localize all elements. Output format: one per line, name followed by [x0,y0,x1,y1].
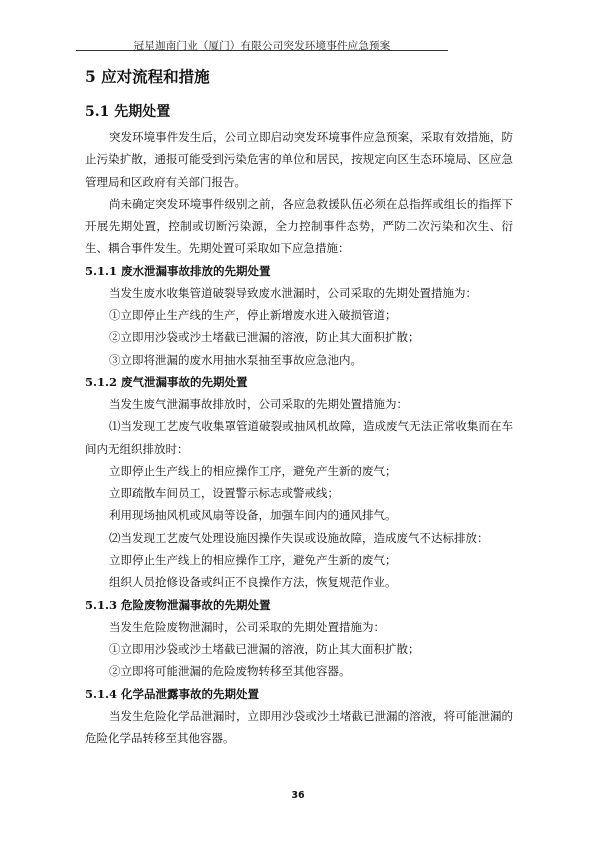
paragraph: 当发生危险化学品泄漏时，立即用沙袋或沙土堵截已泄漏的溶液，将可能泄漏的危险化学品… [85,705,513,750]
case-paragraph: ⑵当发现工艺废气处理设施因操作失误或设施故障，造成废气不达标排放： [85,527,513,549]
paragraph: 当发生废水收集管道破裂导致废水泄漏时，公司采取的先期处置措施为： [85,282,513,304]
page-content: 5 应对流程和措施 5.1 先期处置 突发环境事件发生后，公司立即启动突发环境事… [85,62,513,749]
list-item: 立即停止生产线上的相应操作工序，避免产生新的废气； [85,549,513,571]
list-item: 利用现场抽风机或风扇等设备，加强车间内的通风排气。 [85,504,513,526]
subsection-title-5-1-2: 5.1.2 废气泄漏事故的先期处置 [85,371,513,393]
list-item: 立即疏散车间员工，设置警示标志或警戒线； [85,482,513,504]
section-title-5-1: 5.1 先期处置 [85,98,513,126]
case-paragraph: ⑴当发现工艺废气收集罩管道破裂或抽风机故障，造成废气无法正常收集而在车间内无组织… [85,415,513,460]
chapter-title: 5 应对流程和措施 [85,62,513,92]
list-item: ②立即将可能泄漏的危险废物转移至其他容器。 [85,660,513,682]
paragraph: 尚未确定突发环境事件级别之前，各应急救援队伍必须在总指挥或组长的指挥下开展先期处… [85,193,513,260]
list-item: ②立即用沙袋或沙土堵截已泄漏的溶液，防止其大面积扩散； [85,326,513,348]
paragraph: 突发环境事件发生后，公司立即启动突发环境事件应急预案，采取有效措施，防止污染扩散… [85,126,513,193]
paragraph: 当发生废气泄漏事故排放时，公司采取的先期处置措施为： [85,393,513,415]
list-item: ①立即停止生产线的生产，停止新增废水进入破损管道； [85,304,513,326]
list-item: ③立即将泄漏的废水用抽水泵抽至事故应急池内。 [85,349,513,371]
list-item: 立即停止生产线上的相应操作工序，避免产生新的废气； [85,460,513,482]
subsection-title-5-1-4: 5.1.4 化学品泄露事故的先期处置 [85,683,513,705]
list-item: 组织人员抢修设备或纠正不良操作方法，恢复规范作业。 [85,571,513,593]
header-divider [76,50,448,51]
list-item: ①立即用沙袋或沙土堵截已泄漏的溶液，防止其大面积扩散； [85,638,513,660]
subsection-title-5-1-3: 5.1.3 危险废物泄漏事故的先期处置 [85,594,513,616]
paragraph: 当发生危险废物泄漏时，公司采取的先期处置措施为： [85,616,513,638]
page-number: 36 [0,790,596,801]
subsection-title-5-1-1: 5.1.1 废水泄漏事故排放的先期处置 [85,260,513,282]
